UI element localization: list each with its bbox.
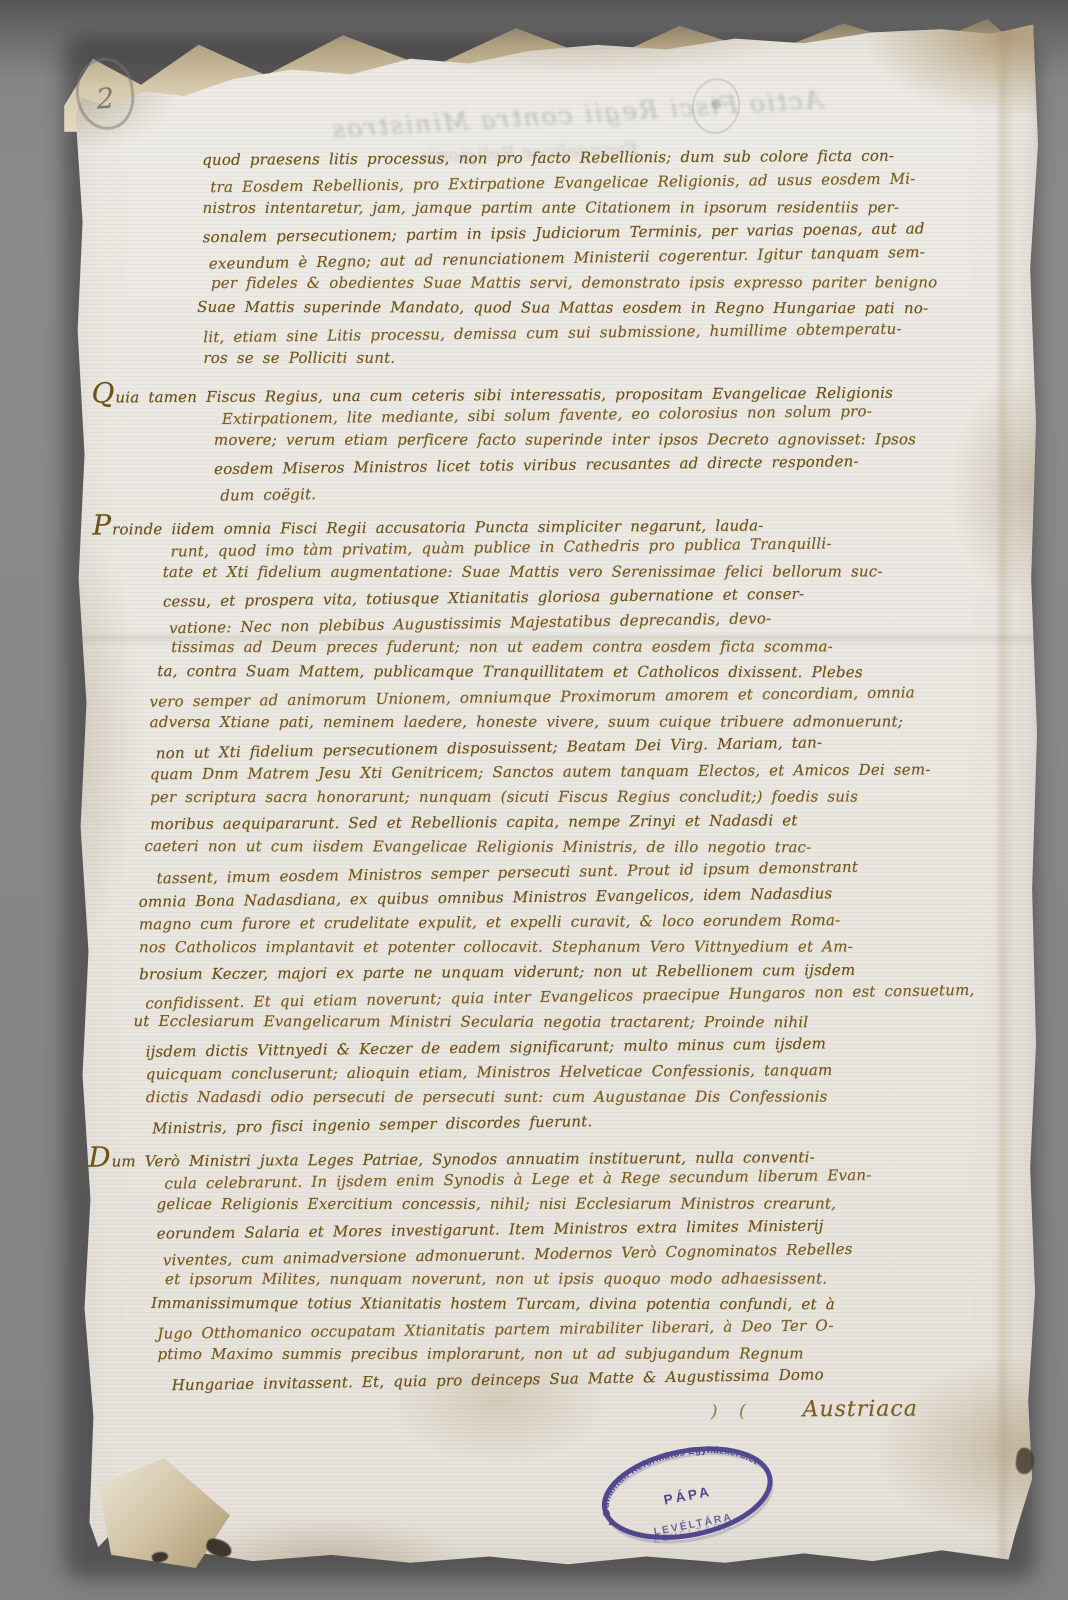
manuscript-line: ros se se Polliciti sunt. bbox=[203, 345, 963, 371]
manuscript-text-block: quod praesens litis processus, non pro f… bbox=[52, 143, 970, 1427]
paragraph-4: Dum Verò Ministri juxta Leges Patriae, S… bbox=[156, 1139, 970, 1394]
paragraph-1: quod praesens litis processus, non pro f… bbox=[202, 143, 963, 373]
manuscript-line: per scriptura sacra honorarunt; nunquam … bbox=[150, 784, 966, 810]
catchword: Austriaca bbox=[802, 1397, 917, 1423]
manuscript-line: moribus aequipararunt. Sed et Rebellioni… bbox=[150, 807, 966, 837]
manuscript-line: tissimas ad Deum preces fuderunt; non ut… bbox=[171, 634, 965, 660]
paragraph-2: Quia tamen Fiscus Regius, una cum ceteri… bbox=[214, 375, 965, 505]
catchword-marks: ) ( bbox=[711, 1402, 752, 1422]
stamp-place-text: PÁPA bbox=[662, 1484, 712, 1508]
manuscript-photo: Actio Fisci Regii contra Ministros Evang… bbox=[0, 0, 1068, 1600]
folio-number-text: 2 bbox=[95, 81, 115, 115]
catchword-row: ) ( Austriaca bbox=[60, 1397, 918, 1427]
manuscript-line: et ipsorum Milites, nunquam noverunt, no… bbox=[165, 1266, 969, 1292]
paragraph-3: Proinde iidem omnia Fisci Regii accusato… bbox=[162, 507, 968, 1137]
manuscript-line: per fideles & obedientes Suae Mattis ser… bbox=[211, 270, 963, 296]
manuscript-line: nos Catholicos implantavit et potenter c… bbox=[139, 934, 967, 960]
